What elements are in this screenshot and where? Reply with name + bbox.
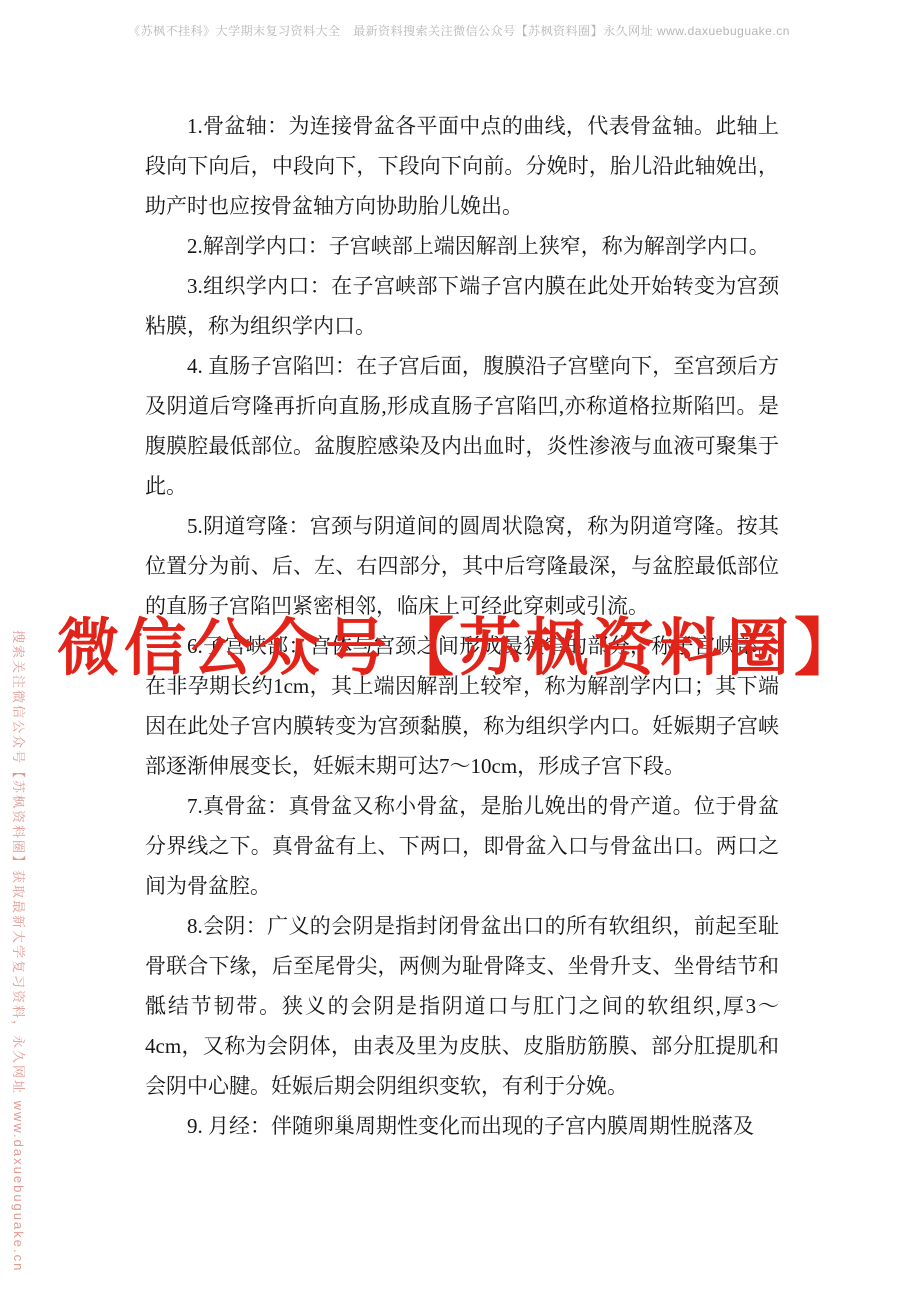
definition-paragraph-7: 7.真骨盆：真骨盆又称小骨盆，是胎儿娩出的骨产道。位于骨盆分界线之下。真骨盆有上… xyxy=(145,786,779,906)
definition-paragraph-5: 5.阴道穹隆：宫颈与阴道间的圆周状隐窝，称为阴道穹隆。按其位置分为前、后、左、右… xyxy=(145,506,779,626)
definition-paragraph-8: 8.会阴：广义的会阴是指封闭骨盆出口的所有软组织，前起至耻骨联合下缘，后至尾骨尖… xyxy=(145,906,779,1106)
definition-paragraph-6: 6.子宫峡部：宫体与宫颈之间形成最狭窄的部分，称子宫峡部。在非孕期长约1cm，其… xyxy=(145,626,779,786)
definition-paragraph-1: 1.骨盆轴：为连接骨盆各平面中点的曲线，代表骨盆轴。此轴上段向下向后，中段向下，… xyxy=(145,106,779,226)
document-page: 《苏枫不挂科》大学期末复习资料大全 最新资料搜索关注微信公众号【苏枫资料圈】永久… xyxy=(0,0,918,1298)
definition-paragraph-9: 9. 月经：伴随卵巢周期性变化而出现的子宫内膜周期性脱落及 xyxy=(145,1106,779,1146)
page-header-watermark: 《苏枫不挂科》大学期末复习资料大全 最新资料搜索关注微信公众号【苏枫资料圈】永久… xyxy=(0,22,918,39)
document-body: 1.骨盆轴：为连接骨盆各平面中点的曲线，代表骨盆轴。此轴上段向下向后，中段向下，… xyxy=(145,106,779,1146)
definition-paragraph-3: 3.组织学内口：在子宫峡部下端子宫内膜在此处开始转变为宫颈粘膜，称为组织学内口。 xyxy=(145,266,779,346)
left-vertical-watermark: 搜索关注微信公众号【苏枫资料圈】获取最新大学复习资料，永久网址 www.daxu… xyxy=(10,630,29,1100)
definition-paragraph-4: 4. 直肠子宫陷凹：在子宫后面，腹膜沿子宫壁向下，至宫颈后方及阴道后穹隆再折向直… xyxy=(145,346,779,506)
definition-paragraph-2: 2.解剖学内口：子宫峡部上端因解剖上狭窄，称为解剖学内口。 xyxy=(145,226,779,266)
